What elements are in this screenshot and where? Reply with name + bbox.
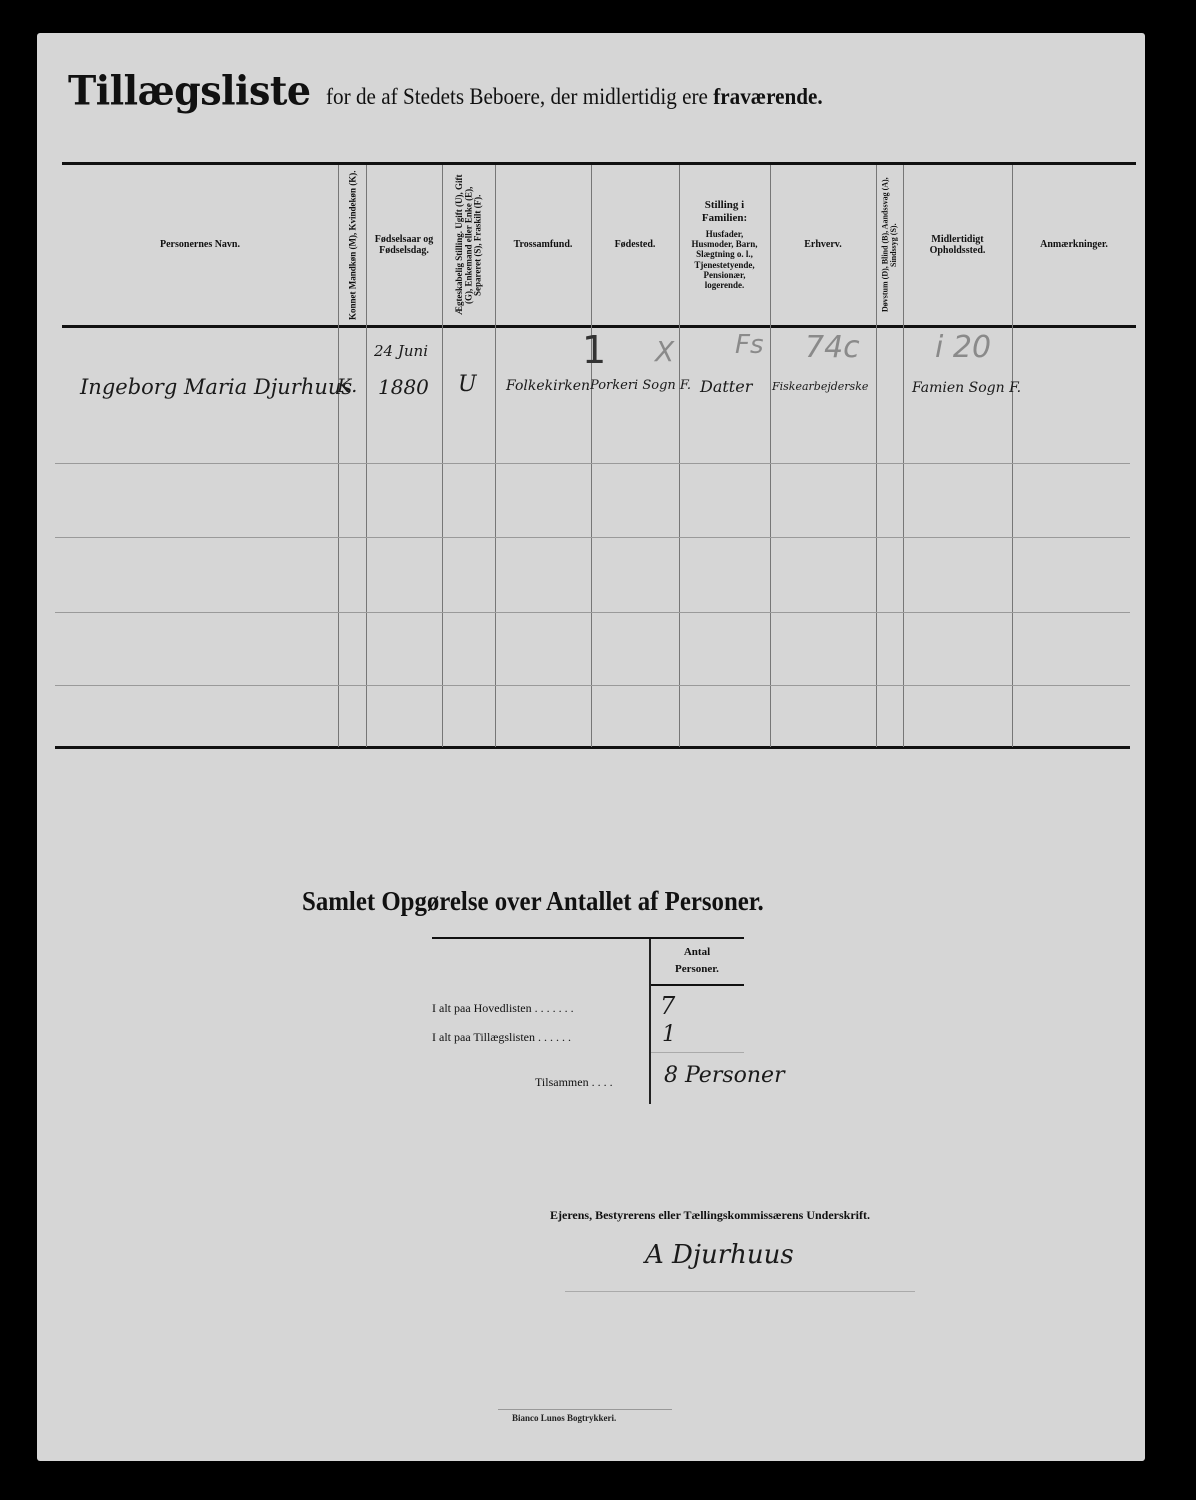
entry-name: Ingeborg Maria Djurhuus bbox=[80, 375, 352, 399]
summary-label-supplement: I alt paa Tillægslisten . . . . . . bbox=[432, 1030, 571, 1045]
entry-occupation: Fiskearbejderske bbox=[772, 380, 868, 393]
pencil-mark-family-position: Fs bbox=[735, 330, 764, 360]
printer-imprint: Bianco Lunos Bogtrykkeri. bbox=[512, 1413, 616, 1423]
summary-value-total: 8 Personer bbox=[664, 1063, 785, 1088]
header-birthplace: Fødested. bbox=[591, 166, 679, 324]
pencil-mark-temp-residence: i 20 bbox=[935, 330, 991, 365]
subtitle-bold: fraværende. bbox=[713, 84, 823, 109]
row-divider bbox=[55, 463, 1130, 464]
entry-sex: K. bbox=[337, 375, 357, 397]
entry-family-position: Datter bbox=[700, 377, 752, 396]
header-temp-residence-label: Midlertidigt Opholdssted. bbox=[918, 234, 998, 257]
signature-value: A Djurhuus bbox=[645, 1240, 794, 1270]
header-name: Personernes Navn. bbox=[62, 166, 338, 324]
header-remarks: Anmærkninger. bbox=[1012, 166, 1136, 324]
header-birth-label: Fødselsaar og Fødselsdag. bbox=[374, 234, 434, 257]
printer-rule bbox=[498, 1409, 672, 1410]
header-family-position-sublabel: Husfader, Husmoder, Barn, Slægtning o. l… bbox=[685, 229, 765, 291]
header-occupation: Erhverv. bbox=[770, 166, 876, 324]
title-main: Tillægsliste bbox=[68, 67, 311, 114]
top-rule bbox=[62, 162, 1136, 165]
header-disability: Døvstum (D), Blind (B), Aandssvag (A), S… bbox=[877, 168, 903, 322]
summary-column-header-label: Antal Personer. bbox=[672, 944, 722, 977]
pencil-mark-occupation: 74c bbox=[805, 330, 860, 365]
header-religion: Trossamfund. bbox=[495, 166, 591, 324]
row-divider bbox=[55, 612, 1130, 613]
header-sex: Konnet Mandkøn (M), Kvindekøn (K). bbox=[340, 168, 366, 322]
entry-birthplace: Porkeri Sogn F. bbox=[590, 378, 691, 393]
entry-temp-residence: Famien Sogn F. bbox=[912, 380, 1021, 396]
summary-top-rule bbox=[432, 937, 744, 939]
summary-label-total: Tilsammen . . . . bbox=[535, 1075, 613, 1090]
summary-value-main-list: 7 bbox=[660, 992, 675, 1020]
summary-column-header: Antal Personer. bbox=[651, 944, 743, 977]
entry-birth-year: 1880 bbox=[378, 375, 429, 399]
entry-marital: U bbox=[458, 372, 477, 397]
summary-value-supplement: 1 bbox=[662, 1022, 676, 1047]
header-family-position: Stilling i Familien: Husfader, Husmoder,… bbox=[679, 166, 770, 324]
signature-line bbox=[565, 1291, 915, 1292]
signature-label: Ejerens, Bestyrerens eller Tællingskommi… bbox=[550, 1208, 870, 1223]
entry-birth-day: 24 Juni bbox=[374, 342, 428, 360]
header-marital: Ægteskabelig Stilling. Ugift (U), Gift (… bbox=[443, 168, 495, 322]
summary-header-rule bbox=[651, 984, 744, 986]
subtitle-text: for de af Stedets Beboere, der midlertid… bbox=[326, 84, 713, 109]
table-bottom-rule bbox=[55, 746, 1130, 749]
header-family-position-label: Stilling i Familien: bbox=[690, 199, 760, 224]
summary-total-rule bbox=[651, 1052, 744, 1053]
col-divider bbox=[338, 165, 339, 747]
pencil-mark-religion: 1 bbox=[582, 328, 606, 372]
header-birth: Fødselsaar og Fødselsdag. bbox=[366, 166, 442, 324]
row-divider bbox=[55, 537, 1130, 538]
title-subtitle: for de af Stedets Beboere, der midlertid… bbox=[326, 84, 823, 110]
summary-label-main-list: I alt paa Hovedlisten . . . . . . . bbox=[432, 1001, 574, 1016]
header-temp-residence: Midlertidigt Opholdssted. bbox=[903, 166, 1012, 324]
summary-title: Samlet Opgørelse over Antallet af Person… bbox=[302, 886, 764, 917]
entry-religion: Folkekirken bbox=[506, 378, 590, 394]
row-divider bbox=[55, 685, 1130, 686]
form-title: Tillægsliste for de af Stedets Beboere, … bbox=[68, 68, 866, 113]
pencil-mark-birthplace: X bbox=[655, 335, 674, 368]
